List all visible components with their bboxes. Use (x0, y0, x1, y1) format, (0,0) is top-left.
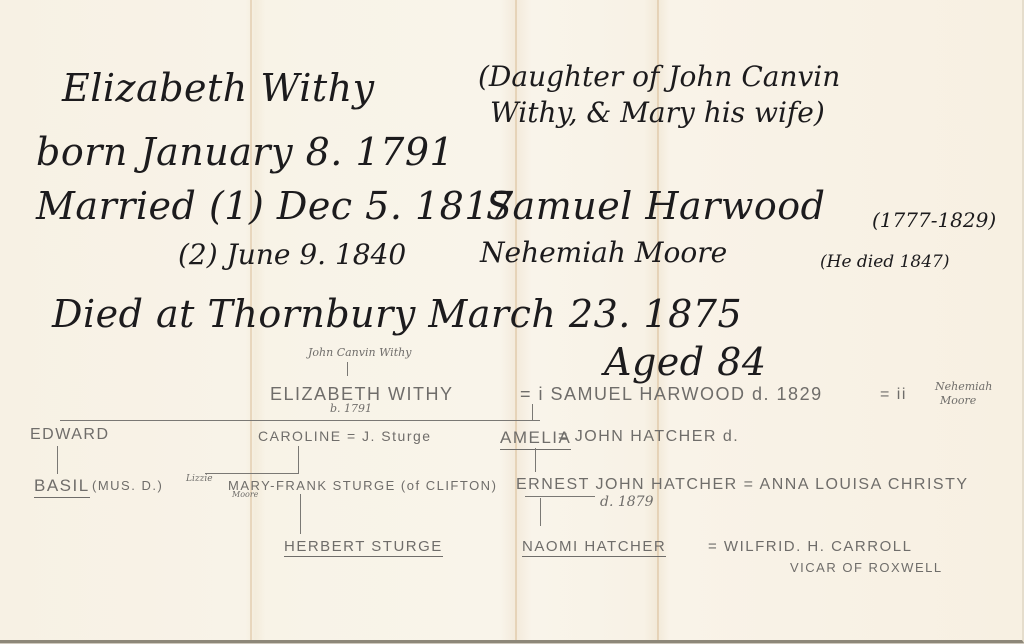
parentage-line-1: (Daughter of John Canvin (478, 60, 840, 93)
tree-connector (535, 448, 536, 472)
tree-grandchild-ernest-death: d. 1879 (600, 494, 654, 510)
marriage-1-date: Married (1) Dec 5. 1817 (36, 184, 514, 228)
tree-spouse-2-last: Moore (940, 394, 976, 407)
tree-great-grandchild-naomi: NAOMI HATCHER (522, 538, 666, 557)
tree-father: John Canvin Withy (308, 346, 411, 359)
marriage-2-spouse: Nehemiah Moore (480, 236, 727, 269)
tree-grandchild-mary-frank: MARY-FRANK STURGE (of CLIFTON) (228, 478, 497, 493)
tree-spouse-2-first: Nehemiah (935, 380, 992, 393)
tree-naomi-spouse-title: VICAR OF ROXWELL (790, 560, 943, 575)
handwritten-genealogy-card: Elizabeth Withy (Daughter of John Canvin… (0, 0, 1024, 643)
tree-connector (540, 498, 541, 526)
tree-root-birth: b. 1791 (330, 402, 372, 415)
tree-connector (57, 446, 58, 474)
tree-child-caroline: CAROLINE = J. Sturge (258, 428, 432, 444)
tree-connector (525, 496, 595, 497)
tree-great-grandchild-herbert: HERBERT STURGE (284, 538, 443, 557)
tree-grandchild-basil: BASIL (34, 476, 90, 498)
heading-name: Elizabeth Withy (62, 66, 375, 110)
tree-spouse-1: = i SAMUEL HARWOOD d. 1829 (520, 384, 823, 405)
tree-connector (205, 473, 298, 474)
tree-connector (532, 404, 533, 420)
parentage-line-2: Withy, & Mary his wife) (490, 96, 825, 129)
tree-grandchild-ernest: ERNEST JOHN HATCHER = ANNA LOUISA CHRIST… (516, 476, 969, 494)
tree-grandchild-basil-note: (MUS. D.) (92, 478, 163, 493)
marriage-1-spouse: Samuel Harwood (486, 184, 825, 228)
tree-child-edward: EDWARD (30, 426, 110, 444)
tree-great-grandchild-naomi-spouse: = WILFRID. H. CARROLL (708, 538, 912, 555)
tree-connector (347, 362, 348, 376)
tree-sibling-bar (60, 420, 540, 421)
born-date: born January 8. 1791 (36, 130, 454, 174)
marriage-2-note: (He died 1847) (820, 252, 949, 272)
tree-connector (300, 494, 301, 534)
marriage-2-date: (2) June 9. 1840 (178, 238, 406, 271)
death-record: Died at Thornbury March 23. 1875 (52, 292, 742, 336)
tree-child-amelia-spouse: = JOHN HATCHER d. (558, 428, 739, 446)
marriage-1-spouse-dates: (1777-1829) (872, 208, 996, 232)
tree-spouse-2-marker: = ii (880, 386, 907, 404)
age-at-death: Aged 84 (604, 340, 767, 384)
tree-connector (298, 446, 299, 474)
tree-grandchild-mary-note: Moore (232, 490, 258, 499)
tree-grandchild-lizzie: Lizzie (186, 474, 213, 484)
